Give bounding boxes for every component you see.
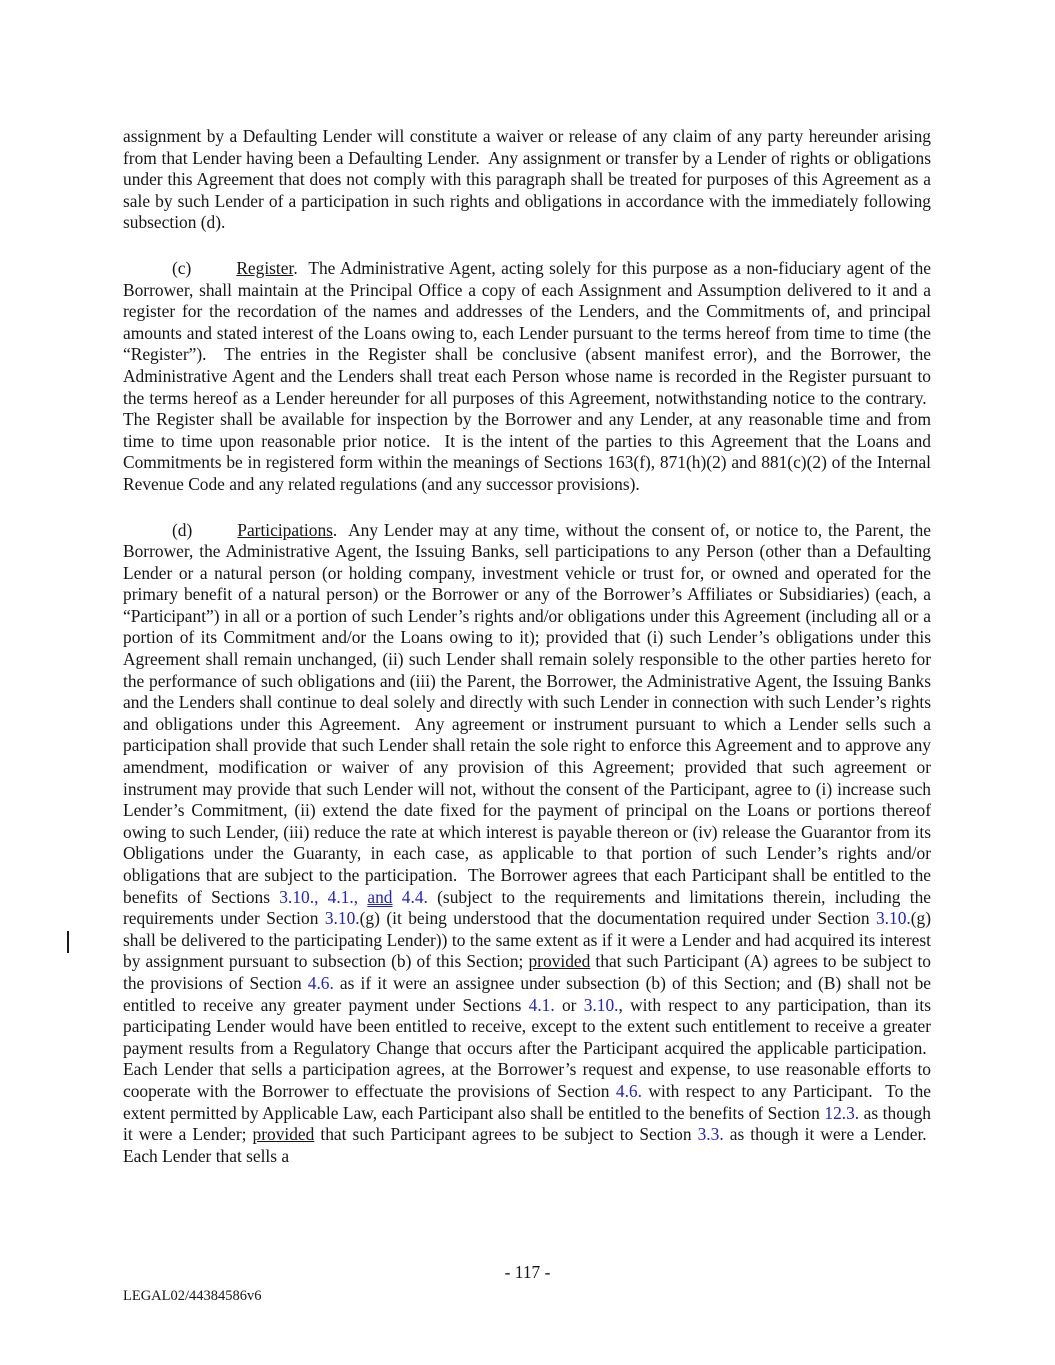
text-run: . Any Lender may at any time, without th… — [123, 520, 931, 907]
emphasized-term: provided — [253, 1124, 315, 1144]
text-run: that such Participant agrees to be subje… — [314, 1124, 697, 1144]
text-run: . The Administrative Agent, acting solel… — [123, 258, 931, 494]
paragraph-d: (d)Participations. Any Lender may at any… — [123, 520, 931, 1168]
section-ref-link[interactable]: 3.3. — [698, 1124, 724, 1144]
defined-term: Participations — [237, 520, 333, 540]
revision-change-bar — [67, 931, 69, 953]
section-ref-link[interactable]: 4.4. — [393, 887, 428, 907]
section-ref-link[interactable]: 4.6. — [616, 1081, 642, 1101]
defined-term: Register — [236, 258, 293, 278]
document-id-footer: LEGAL02/44384586v6 — [123, 1287, 262, 1305]
section-ref-link[interactable]: 4.1. — [529, 995, 555, 1015]
text-run: assignment by a Defaulting Lender will c… — [123, 126, 931, 232]
emphasized-term: provided — [528, 951, 590, 971]
body-text: assignment by a Defaulting Lender will c… — [123, 126, 931, 1167]
subsection-label: (d) — [172, 520, 192, 540]
document-page: assignment by a Defaulting Lender will c… — [0, 0, 1055, 1365]
text-run: or — [555, 995, 584, 1015]
paragraph-c: (c)Register. The Administrative Agent, a… — [123, 258, 931, 496]
paragraph-continuation: assignment by a Defaulting Lender will c… — [123, 126, 931, 234]
section-ref-link[interactable]: 12.3. — [824, 1103, 859, 1123]
inserted-text: and — [367, 887, 392, 907]
section-ref-link[interactable]: 3.10. — [876, 908, 911, 928]
page-number: - 117 - — [0, 1261, 1055, 1283]
text-run: (g) (it being understood that the docume… — [360, 908, 876, 928]
section-ref-link[interactable]: 4.6. — [308, 973, 334, 993]
section-ref-link[interactable]: 3.10., 4.1., — [279, 887, 367, 907]
section-ref-link[interactable]: 3.10. — [584, 995, 619, 1015]
subsection-label: (c) — [172, 258, 191, 278]
section-ref-link[interactable]: 3.10. — [325, 908, 360, 928]
